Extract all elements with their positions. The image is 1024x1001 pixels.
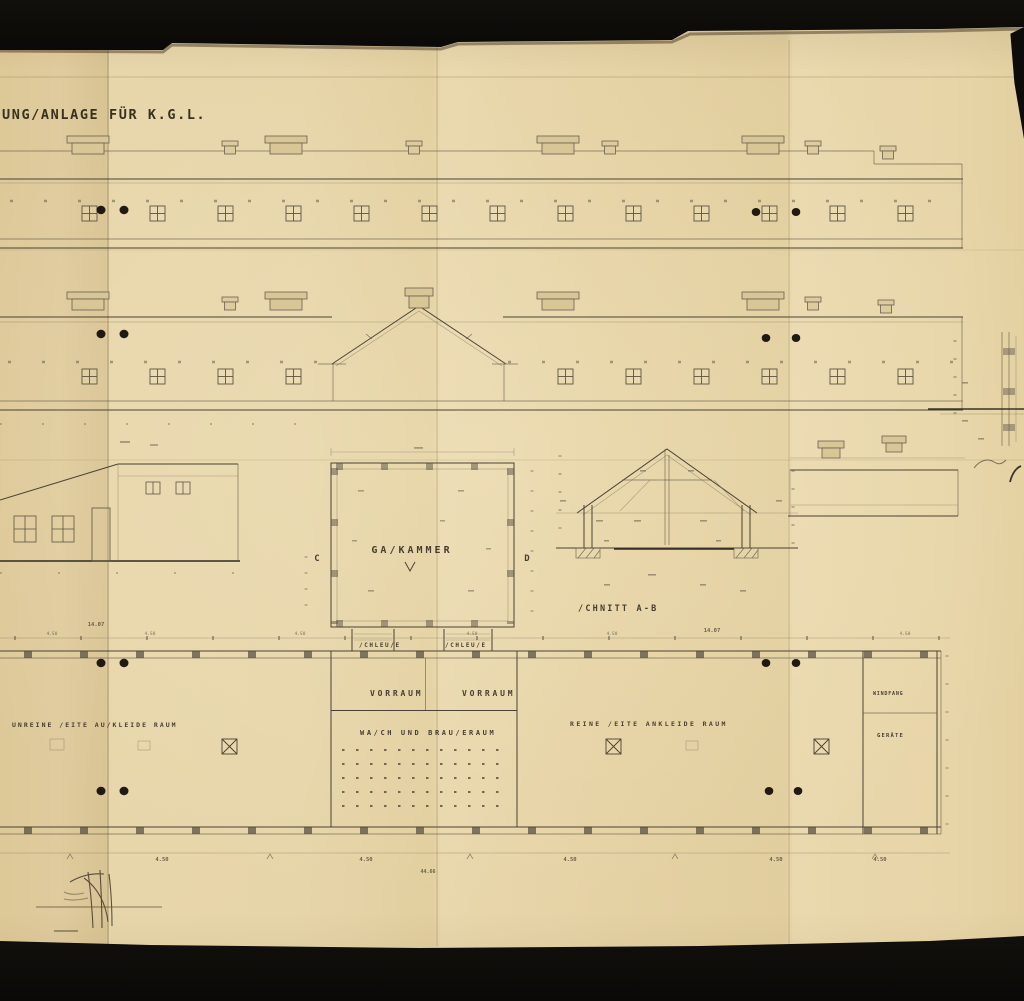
svg-text:4.50: 4.50 (145, 631, 156, 637)
dim-left-total: 14.07 (88, 622, 105, 628)
archival-photo: UNG/ANLAGE FÜR K.G.L. (0, 0, 1024, 1001)
svg-text:4.50: 4.50 (873, 857, 886, 863)
room-label-undressing: UNREINE /EITE AU/KLEIDE RAUM (12, 721, 178, 729)
svg-text:4.50: 4.50 (47, 631, 58, 637)
section-title: /CHNITT A-B (578, 604, 659, 614)
svg-text:4.50: 4.50 (359, 857, 372, 863)
sheet-title: UNG/ANLAGE FÜR K.G.L. (2, 105, 206, 123)
room-label-dressing: REINE /EITE ANKLEIDE RAUM (570, 720, 728, 728)
gable-cupola (405, 288, 433, 308)
column-outlines (50, 739, 698, 750)
room-label-wash: WA/CH UND BRAU/ERAUM (360, 729, 496, 737)
room-label-anteroom-left: VORRAUM (370, 689, 423, 698)
ink-dots (97, 206, 803, 795)
section-marker-d: D (524, 554, 530, 564)
bottom-dim-ticks (67, 854, 878, 859)
svg-text:4.50: 4.50 (900, 631, 911, 637)
outbuilding-elevation (0, 441, 240, 573)
cross-section: /CHNITT A-B (556, 449, 798, 614)
middle-elevation-chimneys (67, 292, 894, 313)
upper-elevation-chimneys (67, 136, 896, 159)
svg-text:4.50: 4.50 (155, 857, 168, 863)
room-label-gas-chamber: GA/KAMMER (371, 545, 452, 556)
svg-text:4.50: 4.50 (295, 631, 306, 637)
plan-annotation-marks (352, 447, 491, 592)
section-marker-c: C (314, 554, 319, 564)
gas-chamber-plan: GA/KAMMER C D /CHLEU/E /CHLEU/E (306, 447, 532, 651)
svg-text:4.50: 4.50 (563, 857, 576, 863)
room-label-vestibule: WINDFANG (873, 691, 903, 697)
shower-head-grid (342, 750, 500, 806)
blueprint-drawing: UNG/ANLAGE FÜR K.G.L. (0, 0, 1024, 1001)
middle-elevation (0, 288, 963, 424)
right-elevation (788, 436, 965, 516)
bottom-bay-dims: 4.50 4.50 4.50 4.50 4.50 (155, 857, 886, 863)
room-label-airlock-left: /CHLEU/E (359, 642, 401, 649)
svg-text:4.50: 4.50 (769, 857, 782, 863)
upper-elevation (0, 136, 963, 248)
room-label-airlock-right: /CHLEU/E (445, 642, 487, 649)
fold-creases (0, 29, 1024, 950)
dim-right-total: 14.07 (704, 628, 721, 634)
floor-plan: UNREINE /EITE AU/KLEIDE RAUM WA/CH UND B… (0, 622, 950, 875)
svg-text:4.50: 4.50 (607, 631, 618, 637)
signature-scribble (36, 870, 162, 931)
upper-elevation-windows (82, 206, 913, 221)
svg-text:4.50: 4.50 (467, 631, 478, 637)
section-annotation-marks (560, 470, 782, 592)
dim-overall: 44.66 (420, 869, 435, 875)
room-label-equipment: GERÄTE (877, 732, 904, 739)
middle-elevation-windows (82, 369, 913, 384)
cut-off-letter (1010, 466, 1021, 482)
room-label-anteroom-right: VORRAUM (462, 689, 515, 698)
